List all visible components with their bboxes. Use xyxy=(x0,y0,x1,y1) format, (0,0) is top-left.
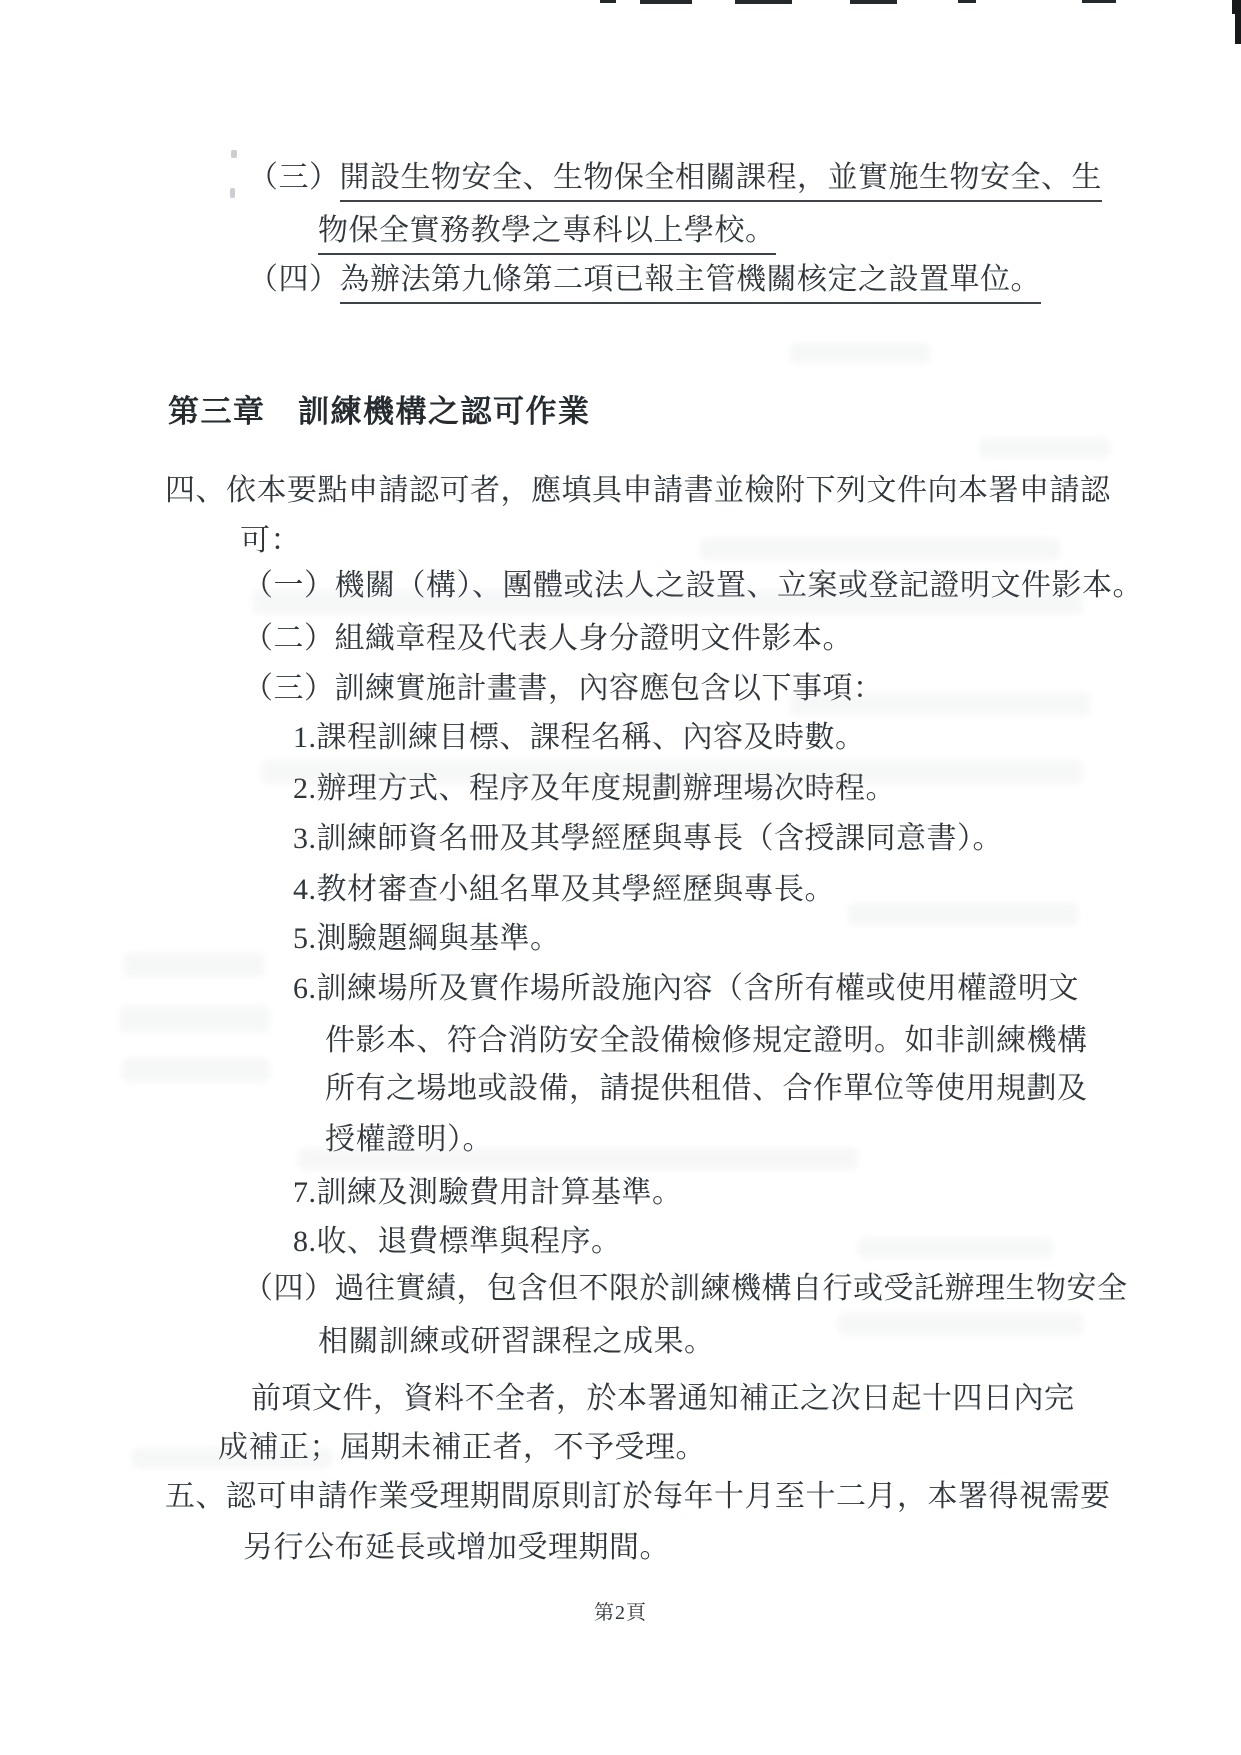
item-3-line-1: （三）開設生物安全、生物保全相關課程，並實施生物安全、生 xyxy=(248,160,1102,196)
scan-edge-artifact xyxy=(850,0,897,4)
text-segment: 8.收、退費標準與程序。 xyxy=(293,1225,622,1258)
text-segment: 件影本、符合消防安全設備檢修規定證明。如非訓練機構 xyxy=(325,1024,1088,1057)
bleedthrough-ghost xyxy=(122,1058,270,1082)
scan-edge-artifact xyxy=(1082,0,1116,3)
plan-item-6-line-2: 件影本、符合消防安全設備檢修規定證明。如非訓練機構 xyxy=(325,1023,1088,1059)
clause-5-line-1: 五、認可申請作業受理期間原則訂於每年十月至十二月，本署得視需要 xyxy=(165,1479,1111,1515)
bleedthrough-ghost xyxy=(298,1148,858,1170)
clause-4-sub-2: （二）組織章程及代表人身分證明文件影本。 xyxy=(243,621,853,657)
text-segment: （四） xyxy=(248,263,340,296)
text-segment: 另行公布延長或增加受理期間。 xyxy=(243,1531,670,1564)
item-3-line-2: 物保全實務教學之專科以上學校。 xyxy=(318,213,776,249)
bleedthrough-ghost xyxy=(790,343,930,363)
page-number: 第2頁 xyxy=(0,1596,1241,1625)
scan-edge-artifact xyxy=(958,0,976,3)
scan-edge-artifact xyxy=(600,0,616,3)
plan-item-3: 3.訓練師資名冊及其學經歷與專長（含授課同意書）。 xyxy=(293,821,1003,857)
bleedthrough-ghost xyxy=(858,1238,1053,1258)
bleedthrough-ghost xyxy=(980,438,1110,458)
text-segment: 3.訓練師資名冊及其學經歷與專長（含授課同意書）。 xyxy=(293,822,1003,855)
clause-4-sub-4-line-2: 相關訓練或研習課程之成果。 xyxy=(318,1324,715,1360)
bleedthrough-ghost xyxy=(790,693,1090,715)
clause-4-line-1: 四、依本要點申請認可者，應填具申請書並檢附下列文件向本署申請認 xyxy=(165,473,1111,509)
text-segment: 所有之場地或設備，請提供租借、合作單位等使用規劃及 xyxy=(325,1072,1088,1105)
text-segment: 可： xyxy=(240,524,301,557)
scan-edge-artifact xyxy=(735,0,792,4)
text-segment: 前項文件，資料不全者，於本署通知補正之次日起十四日內完 xyxy=(251,1382,1075,1415)
plan-item-5: 5.測驗題綱與基準。 xyxy=(293,921,561,957)
clause-4-sub-3: （三）訓練實施計畫書，內容應包含以下事項： xyxy=(243,671,884,707)
underlined-text: 為辦法第九條第二項已報主管機關核定之設置單位。 xyxy=(340,263,1042,304)
item-4-line: （四）為辦法第九條第二項已報主管機關核定之設置單位。 xyxy=(248,262,1041,298)
bleedthrough-ghost xyxy=(838,1313,1083,1335)
bleedthrough-ghost xyxy=(848,903,1078,925)
bleedthrough-ghost xyxy=(124,953,264,977)
plan-item-6-line-1: 6.訓練場所及實作場所設施內容（含所有權或使用權證明文 xyxy=(293,971,1079,1007)
clause-4-line-2: 可： xyxy=(240,523,301,559)
clause-5-line-2: 另行公布延長或增加受理期間。 xyxy=(243,1530,670,1566)
text-segment: 5.測驗題綱與基準。 xyxy=(293,922,561,955)
clause-4-proviso-line-1: 前項文件，資料不全者，於本署通知補正之次日起十四日內完 xyxy=(251,1381,1075,1417)
bleedthrough-ghost xyxy=(120,1006,270,1032)
text-segment: （四）過往實績，包含但不限於訓練機構自行或受託辦理生物安全 xyxy=(243,1272,1128,1305)
text-segment: 1.課程訓練目標、課程名稱、內容及時數。 xyxy=(293,721,866,754)
text-segment: （三） xyxy=(248,161,340,194)
text-segment: 五、認可申請作業受理期間原則訂於每年十月至十二月，本署得視需要 xyxy=(165,1480,1111,1513)
scan-speck xyxy=(231,150,237,158)
plan-item-8: 8.收、退費標準與程序。 xyxy=(293,1224,622,1260)
text-segment: 4.教材審查小組名單及其學經歷與專長。 xyxy=(293,873,835,906)
chapter-heading: 第三章 訓練機構之認可作業 xyxy=(168,393,591,430)
text-segment: 6.訓練場所及實作場所設施內容（含所有權或使用權證明文 xyxy=(293,972,1079,1005)
scan-speck xyxy=(230,188,235,198)
bleedthrough-ghost xyxy=(253,590,1083,614)
bleedthrough-ghost xyxy=(700,538,1060,560)
text-segment: （三）訓練實施計畫書，內容應包含以下事項： xyxy=(243,672,884,705)
text-segment: 四、依本要點申請認可者，應填具申請書並檢附下列文件向本署申請認 xyxy=(165,474,1111,507)
scan-corner-artifact xyxy=(1235,12,1241,44)
text-segment: （二）組織章程及代表人身分證明文件影本。 xyxy=(243,622,853,655)
underlined-text: 物保全實務教學之專科以上學校。 xyxy=(318,214,776,255)
bleedthrough-ghost xyxy=(132,1448,332,1468)
text-segment: 相關訓練或研習課程之成果。 xyxy=(318,1325,715,1358)
text-segment: 7.訓練及測驗費用計算基準。 xyxy=(293,1176,683,1209)
clause-4-sub-4-line-1: （四）過往實績，包含但不限於訓練機構自行或受託辦理生物安全 xyxy=(243,1271,1128,1307)
scan-edge-artifact xyxy=(640,0,692,4)
text-segment: 第三章 訓練機構之認可作業 xyxy=(168,394,591,429)
plan-item-4: 4.教材審查小組名單及其學經歷與專長。 xyxy=(293,872,835,908)
bleedthrough-ghost xyxy=(262,760,1082,784)
underlined-text: 開設生物安全、生物保全相關課程，並實施生物安全、生 xyxy=(340,161,1103,202)
plan-item-6-line-3: 所有之場地或設備，請提供租借、合作單位等使用規劃及 xyxy=(325,1071,1088,1107)
plan-item-1: 1.課程訓練目標、課程名稱、內容及時數。 xyxy=(293,720,866,756)
scanned-document-page: （三）開設生物安全、生物保全相關課程，並實施生物安全、生物保全實務教學之專科以上… xyxy=(0,0,1241,1755)
plan-item-7: 7.訓練及測驗費用計算基準。 xyxy=(293,1175,683,1211)
